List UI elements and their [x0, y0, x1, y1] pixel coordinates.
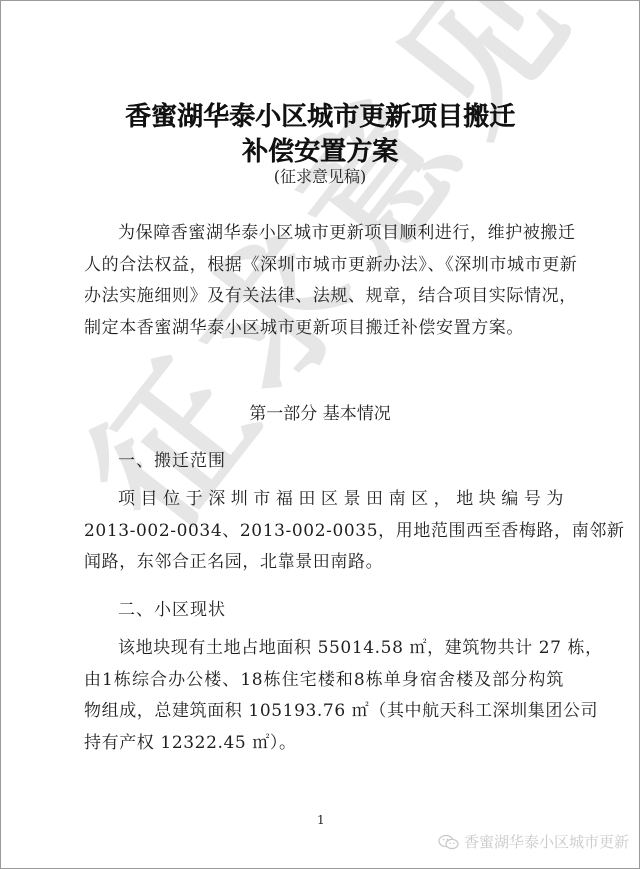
- wechat-account-name: 香蜜湖华泰小区城市更新: [464, 831, 629, 852]
- document-subtitle: (征求意见稿): [1, 164, 639, 187]
- intro-paragraph: 为保障香蜜湖华泰小区城市更新项目顺利进行，维护被搬迁 人的合法权益，根据《深圳市…: [84, 218, 564, 344]
- paragraph-line: 项目位于深圳市福田区景田南区，地块编号为: [84, 484, 564, 516]
- document-page: 征求意见稿 香蜜湖华泰小区城市更新项目搬迁 补偿安置方案 (征求意见稿) 为保障…: [0, 0, 640, 869]
- document-title-line-2: 补偿安置方案: [1, 131, 639, 168]
- part-title: 第一部分 基本情况: [1, 399, 639, 424]
- document-title-line-1: 香蜜湖华泰小区城市更新项目搬迁: [1, 96, 639, 133]
- wechat-icon: [438, 834, 460, 850]
- paragraph-line: 办法实施细则》及有关法律、法规、规章，结合项目实际情况，: [84, 281, 564, 313]
- paragraph-line: 由1栋综合办公楼、18栋住宅楼和8栋单身宿舍楼及部分构筑: [84, 665, 564, 697]
- page-content: 香蜜湖华泰小区城市更新项目搬迁 补偿安置方案 (征求意见稿) 为保障香蜜湖华泰小…: [1, 1, 639, 868]
- paragraph-line: 为保障香蜜湖华泰小区城市更新项目顺利进行，维护被搬迁: [84, 218, 564, 250]
- paragraph-line: 人的合法权益，根据《深圳市城市更新办法》、《深圳市城市更新: [84, 250, 564, 282]
- section-heading-relocation-scope: 一、搬迁范围: [118, 446, 226, 471]
- relocation-scope-paragraph: 项目位于深圳市福田区景田南区，地块编号为 2013-002-0034、2013-…: [84, 484, 564, 579]
- paragraph-line: 物组成，总建筑面积 105193.76 ㎡（其中航天科工深圳集团公司: [84, 696, 564, 728]
- paragraph-line: 制定本香蜜湖华泰小区城市更新项目搬迁补偿安置方案。: [84, 313, 564, 345]
- wechat-account-watermark: 香蜜湖华泰小区城市更新: [438, 831, 629, 852]
- paragraph-line: 持有产权 12322.45 ㎡）。: [84, 728, 564, 760]
- paragraph-line: 该地块现有土地占地面积 55014.58 ㎡，建筑物共计 27 栋，: [84, 633, 564, 665]
- paragraph-line: 2013-002-0034、2013-002-0035，用地范围西至香梅路，南邻…: [84, 516, 564, 548]
- paragraph-line: 闻路，东邻合正名园，北靠景田南路。: [84, 547, 564, 579]
- current-status-paragraph: 该地块现有土地占地面积 55014.58 ㎡，建筑物共计 27 栋， 由1栋综合…: [84, 633, 564, 759]
- section-heading-current-status: 二、小区现状: [118, 595, 226, 620]
- page-number: 1: [317, 813, 325, 827]
